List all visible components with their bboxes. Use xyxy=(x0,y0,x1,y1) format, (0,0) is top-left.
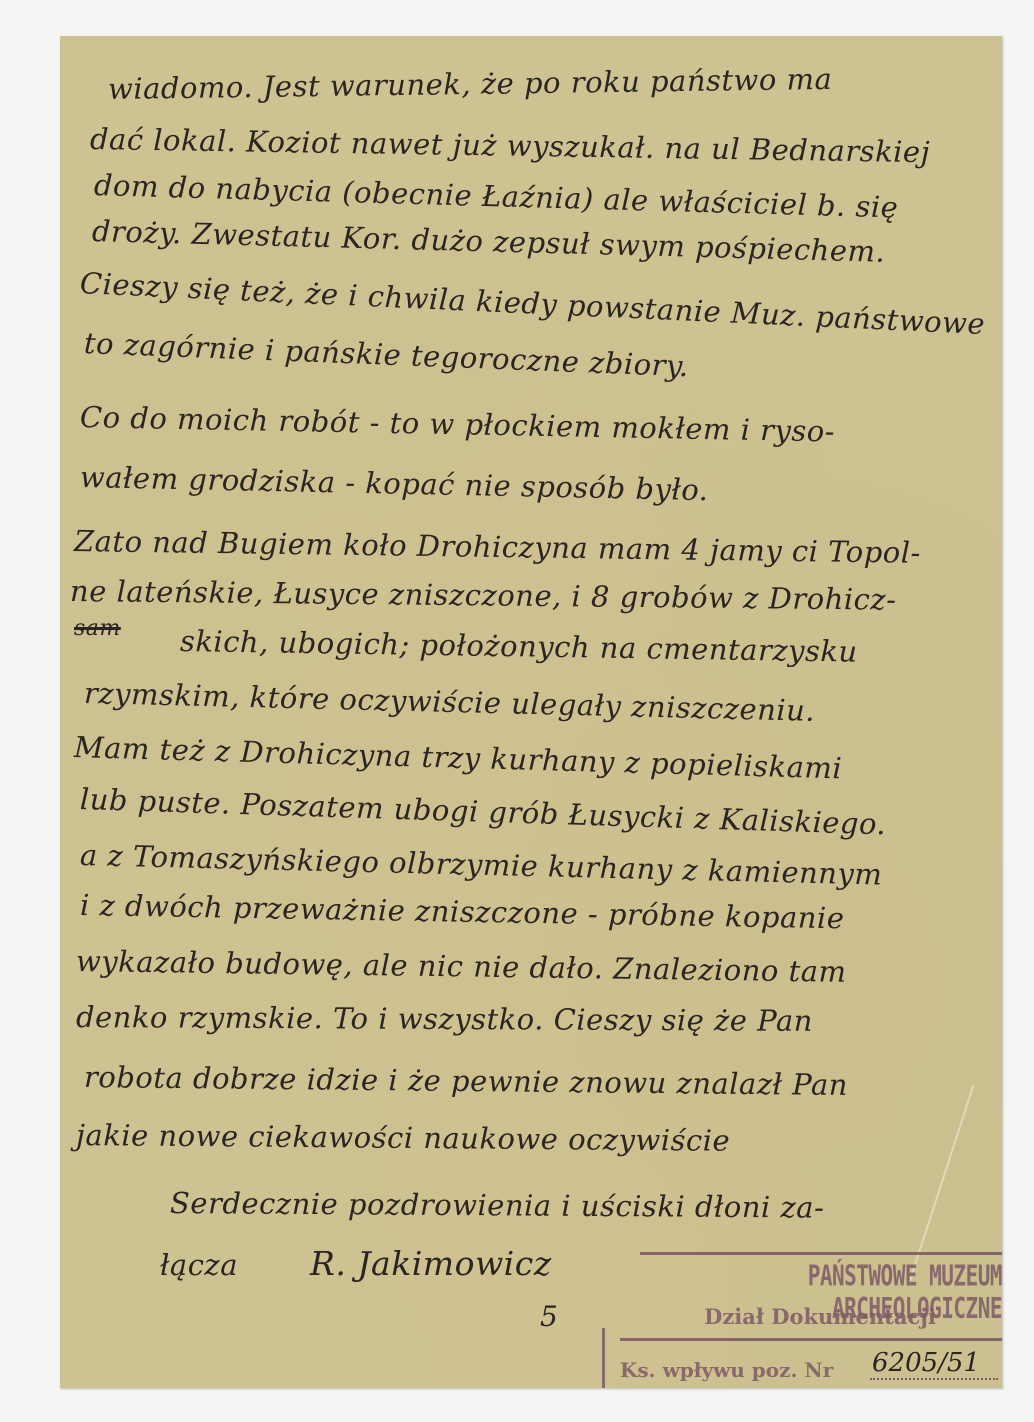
stamp-department: Dział Dokumentacji xyxy=(660,1304,980,1329)
letter-line-20: jakie nowe ciekawości naukowe oczywiście xyxy=(76,1118,730,1158)
scanned-page: wiadomo. Jest warunek, że po roku państw… xyxy=(0,0,1034,1422)
letter-line-18: denko rzymskie. To i wszystko. Cieszy si… xyxy=(76,1000,813,1038)
archive-stamp: PAŃSTWOWE MUZEUM ARCHEOLOGICZNE Dział Do… xyxy=(600,1240,1002,1388)
stamp-left-rule xyxy=(602,1328,605,1388)
margin-number-mark: 5 xyxy=(540,1300,558,1333)
closing-word: łącza xyxy=(160,1248,238,1282)
stamp-entry-label: Ks. wpływu poz. Nr xyxy=(620,1358,833,1382)
struck-word: sam xyxy=(74,616,144,641)
closing-line: Serdecznie pozdrowienia i uściski dłoni … xyxy=(170,1186,825,1225)
signature: R. Jakimowicz xyxy=(310,1244,552,1283)
stamp-entry-number: 6205/51 xyxy=(872,1348,980,1378)
stamp-middle-rule xyxy=(620,1338,1002,1341)
stamp-top-rule xyxy=(640,1252,1002,1255)
stamp-dotted-line xyxy=(870,1378,998,1380)
